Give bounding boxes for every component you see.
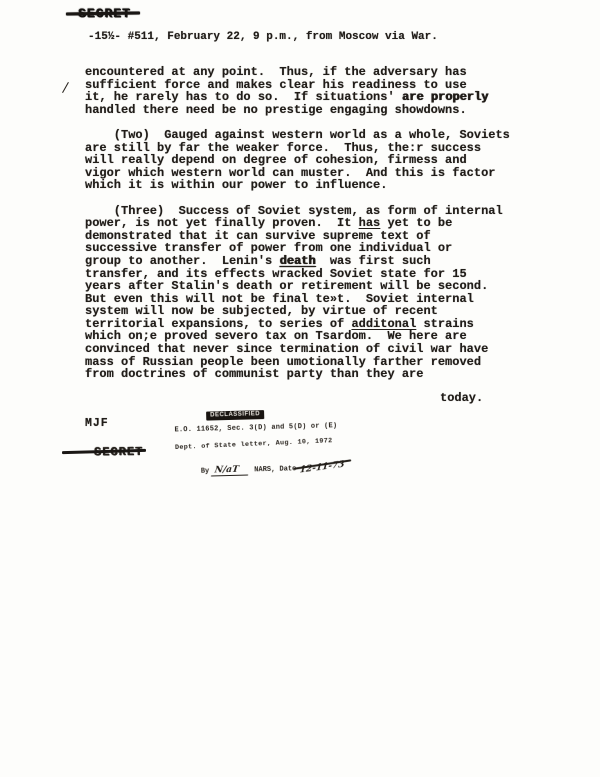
document-line: from doctrines of communist party than t… (85, 368, 525, 381)
text-segment: which it is within our power to influenc… (85, 178, 387, 192)
stamp-by-line: ByN/aTNARS, Date12-11-73 (175, 454, 361, 494)
text-segment: handled there need be no prestige engagi… (85, 103, 467, 117)
document-line: which it is within our power to influenc… (85, 179, 525, 192)
paragraph: (Three) Success of Soviet system, as for… (85, 205, 525, 381)
declassification-stamp: DECLASSIFIED E.O. 11652, Sec. 3(D) and 5… (174, 400, 361, 494)
by-label: By (201, 468, 210, 476)
paragraph: (Two) Gauged against western world as a … (85, 129, 525, 192)
stamp-eo-line: E.O. 11652, Sec. 3(D) and 5(D) or (E) (174, 422, 359, 435)
document-page: SECRET -15½- #511, February 22, 9 p.m., … (0, 0, 600, 777)
declassified-label: DECLASSIFIED (206, 410, 264, 421)
nars-date-label: NARS, Date (254, 465, 296, 474)
initials: MJF (85, 417, 109, 430)
document-body: encountered at any point. Thus, if the a… (85, 66, 525, 393)
signature: N/aT (211, 464, 249, 476)
page-header-line: -15½- #511, February 22, 9 p.m., from Mo… (88, 31, 438, 43)
margin-tick: / (61, 80, 69, 97)
today-line: today. (440, 391, 483, 405)
text-segment: from doctrines of communist party than t… (85, 367, 423, 381)
stamp-dept-line: Dept. of State letter, Aug. 10, 1972 (175, 436, 360, 452)
document-line: handled there need be no prestige engagi… (85, 104, 525, 117)
paragraph: encountered at any point. Thus, if the a… (85, 66, 525, 116)
